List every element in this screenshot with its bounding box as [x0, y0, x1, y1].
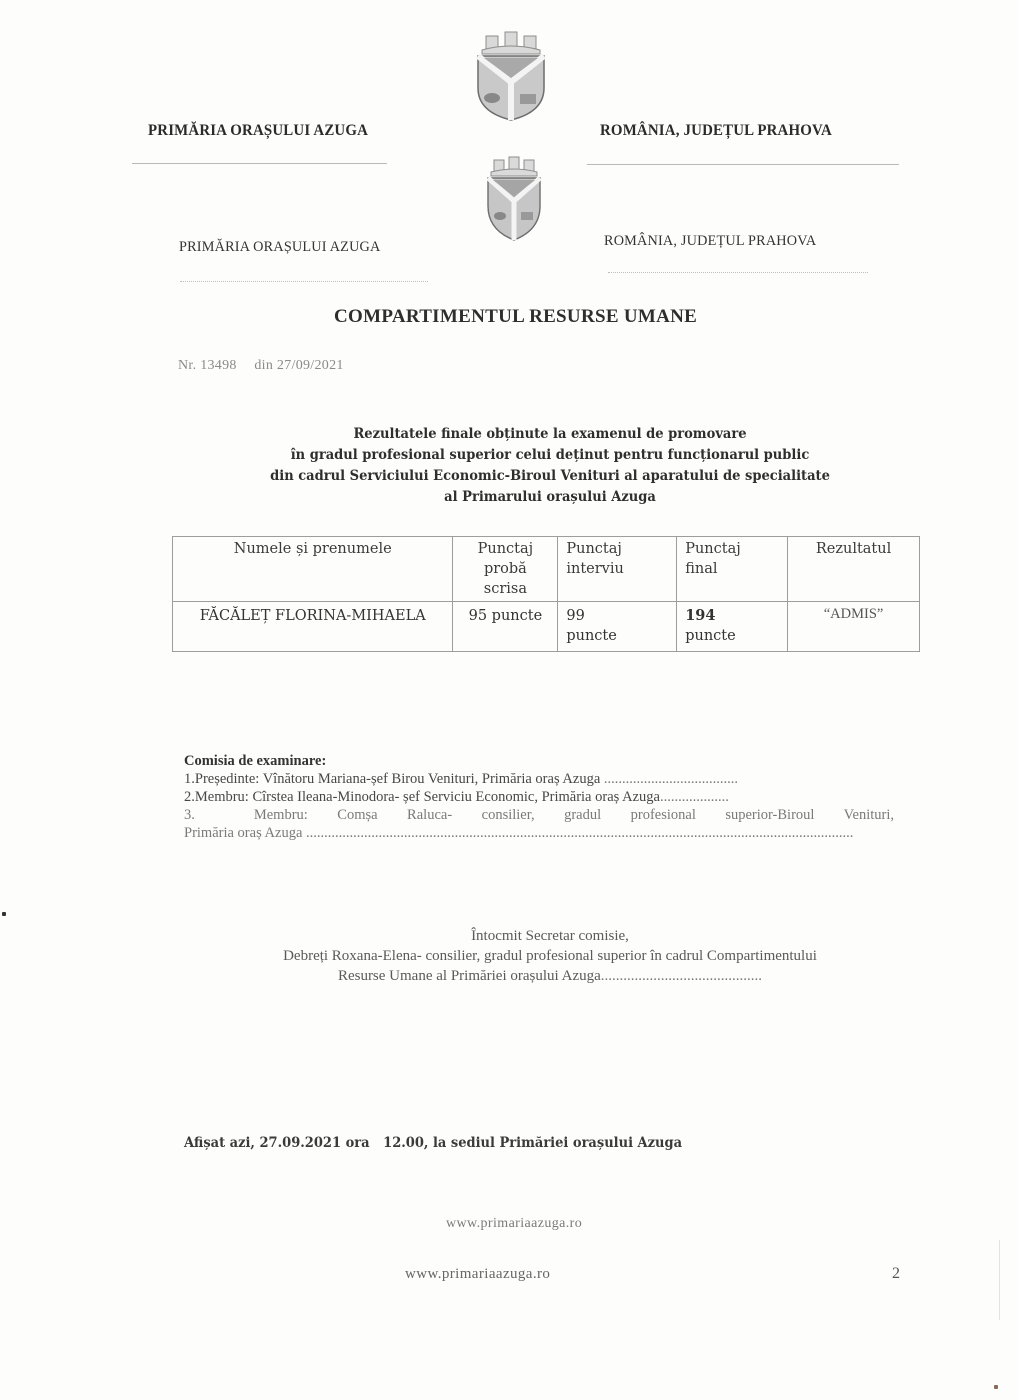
intro-line: din cadrul Serviciului Economic-Biroul V…	[191, 466, 909, 487]
commission-member: 1.Președinte: Vînătoru Mariana-șef Birou…	[184, 770, 894, 788]
cell-interview-score: 99 puncte	[558, 602, 677, 652]
registration-number-value: Nr. 13498	[178, 358, 237, 373]
scan-edge	[999, 1240, 1000, 1320]
letterhead-left-title: PRIMĂRIA ORAȘULUI AZUGA	[179, 239, 381, 256]
letterhead-left-title: PRIMĂRIA ORAȘULUI AZUGA	[148, 122, 368, 140]
intro-paragraph: Rezultatele finale obținute la examenul …	[191, 424, 909, 508]
commission-block: Comisia de examinare: 1.Președinte: Vînă…	[184, 752, 894, 842]
intro-line: Rezultatele finale obținute la examenul …	[191, 424, 909, 445]
registration-number: Nr. 13498 din 27/09/2021	[178, 358, 344, 374]
letterhead-right-title: ROMÂNIA, JUDEȚUL PRAHOVA	[604, 233, 816, 250]
letterhead-right-rule	[608, 272, 868, 273]
table-header-row: Numele și prenumele Punctaj probă scrisa…	[173, 537, 920, 602]
cell-name: FĂCĂLEȚ FLORINA-MIHAELA	[173, 602, 453, 652]
header-name: Numele și prenumele	[173, 537, 453, 602]
intro-line: al Primarului orașului Azuga	[191, 487, 909, 508]
secretary-heading: Întocmit Secretar comisie,	[180, 926, 920, 946]
scan-speck	[2, 912, 6, 916]
table-row: FĂCĂLEȚ FLORINA-MIHAELA 95 puncte 99 pun…	[173, 602, 920, 652]
commission-member-continuation: Primăria oraș Azuga ....................…	[184, 824, 889, 842]
commission-member: 2.Membru: Cîrstea Ileana-Minodora- șef S…	[184, 788, 894, 806]
page-number: 2	[892, 1265, 900, 1283]
registration-date: din 27/09/2021	[254, 358, 343, 373]
secondary-letterhead: PRIMĂRIA ORAȘULUI AZUGA ROMÂNIA, JUDEȚUL…	[0, 150, 1018, 290]
primary-letterhead: PRIMĂRIA ORAȘULUI AZUGA ROMÂNIA, JUDEȚUL…	[0, 0, 1018, 170]
department-title: COMPARTIMENTUL RESURSE UMANE	[334, 306, 697, 328]
cell-result: “ADMIS”	[788, 602, 920, 652]
header-interview-score: Punctaj interviu	[558, 537, 677, 602]
header-final-score: Punctaj final	[677, 537, 788, 602]
coat-of-arms-icon	[484, 156, 554, 246]
footer-website: www.primariaazuga.ro	[405, 1266, 550, 1283]
header-written-score: Punctaj probă scrisa	[453, 537, 558, 602]
cell-written-score: 95 puncte	[453, 602, 558, 652]
coat-of-arms-icon	[472, 30, 542, 126]
results-table: Numele și prenumele Punctaj probă scrisa…	[172, 536, 920, 652]
commission-member: 3. Membru: Comșa Raluca- consilier, grad…	[184, 806, 894, 824]
intro-line: în gradul profesional superior celui deț…	[191, 445, 909, 466]
commission-title: Comisia de examinare:	[184, 752, 894, 770]
cell-final-score: 194 puncte	[677, 602, 788, 652]
header-result: Rezultatul	[788, 537, 920, 602]
secretary-line: Debreți Roxana-Elena- consilier, gradul …	[180, 946, 920, 966]
website-inline: www.primariaazuga.ro	[446, 1216, 582, 1232]
secretary-line: Resurse Umane al Primăriei orașului Azug…	[180, 966, 920, 986]
letterhead-right-title: ROMÂNIA, JUDEȚUL PRAHOVA	[600, 122, 832, 140]
posted-notice: Afișat azi, 27.09.2021 ora 12.00, la sed…	[184, 1135, 682, 1151]
secretary-block: Întocmit Secretar comisie, Debreți Roxan…	[180, 926, 920, 986]
letterhead-left-rule	[180, 281, 428, 282]
scan-speck	[994, 1385, 998, 1389]
